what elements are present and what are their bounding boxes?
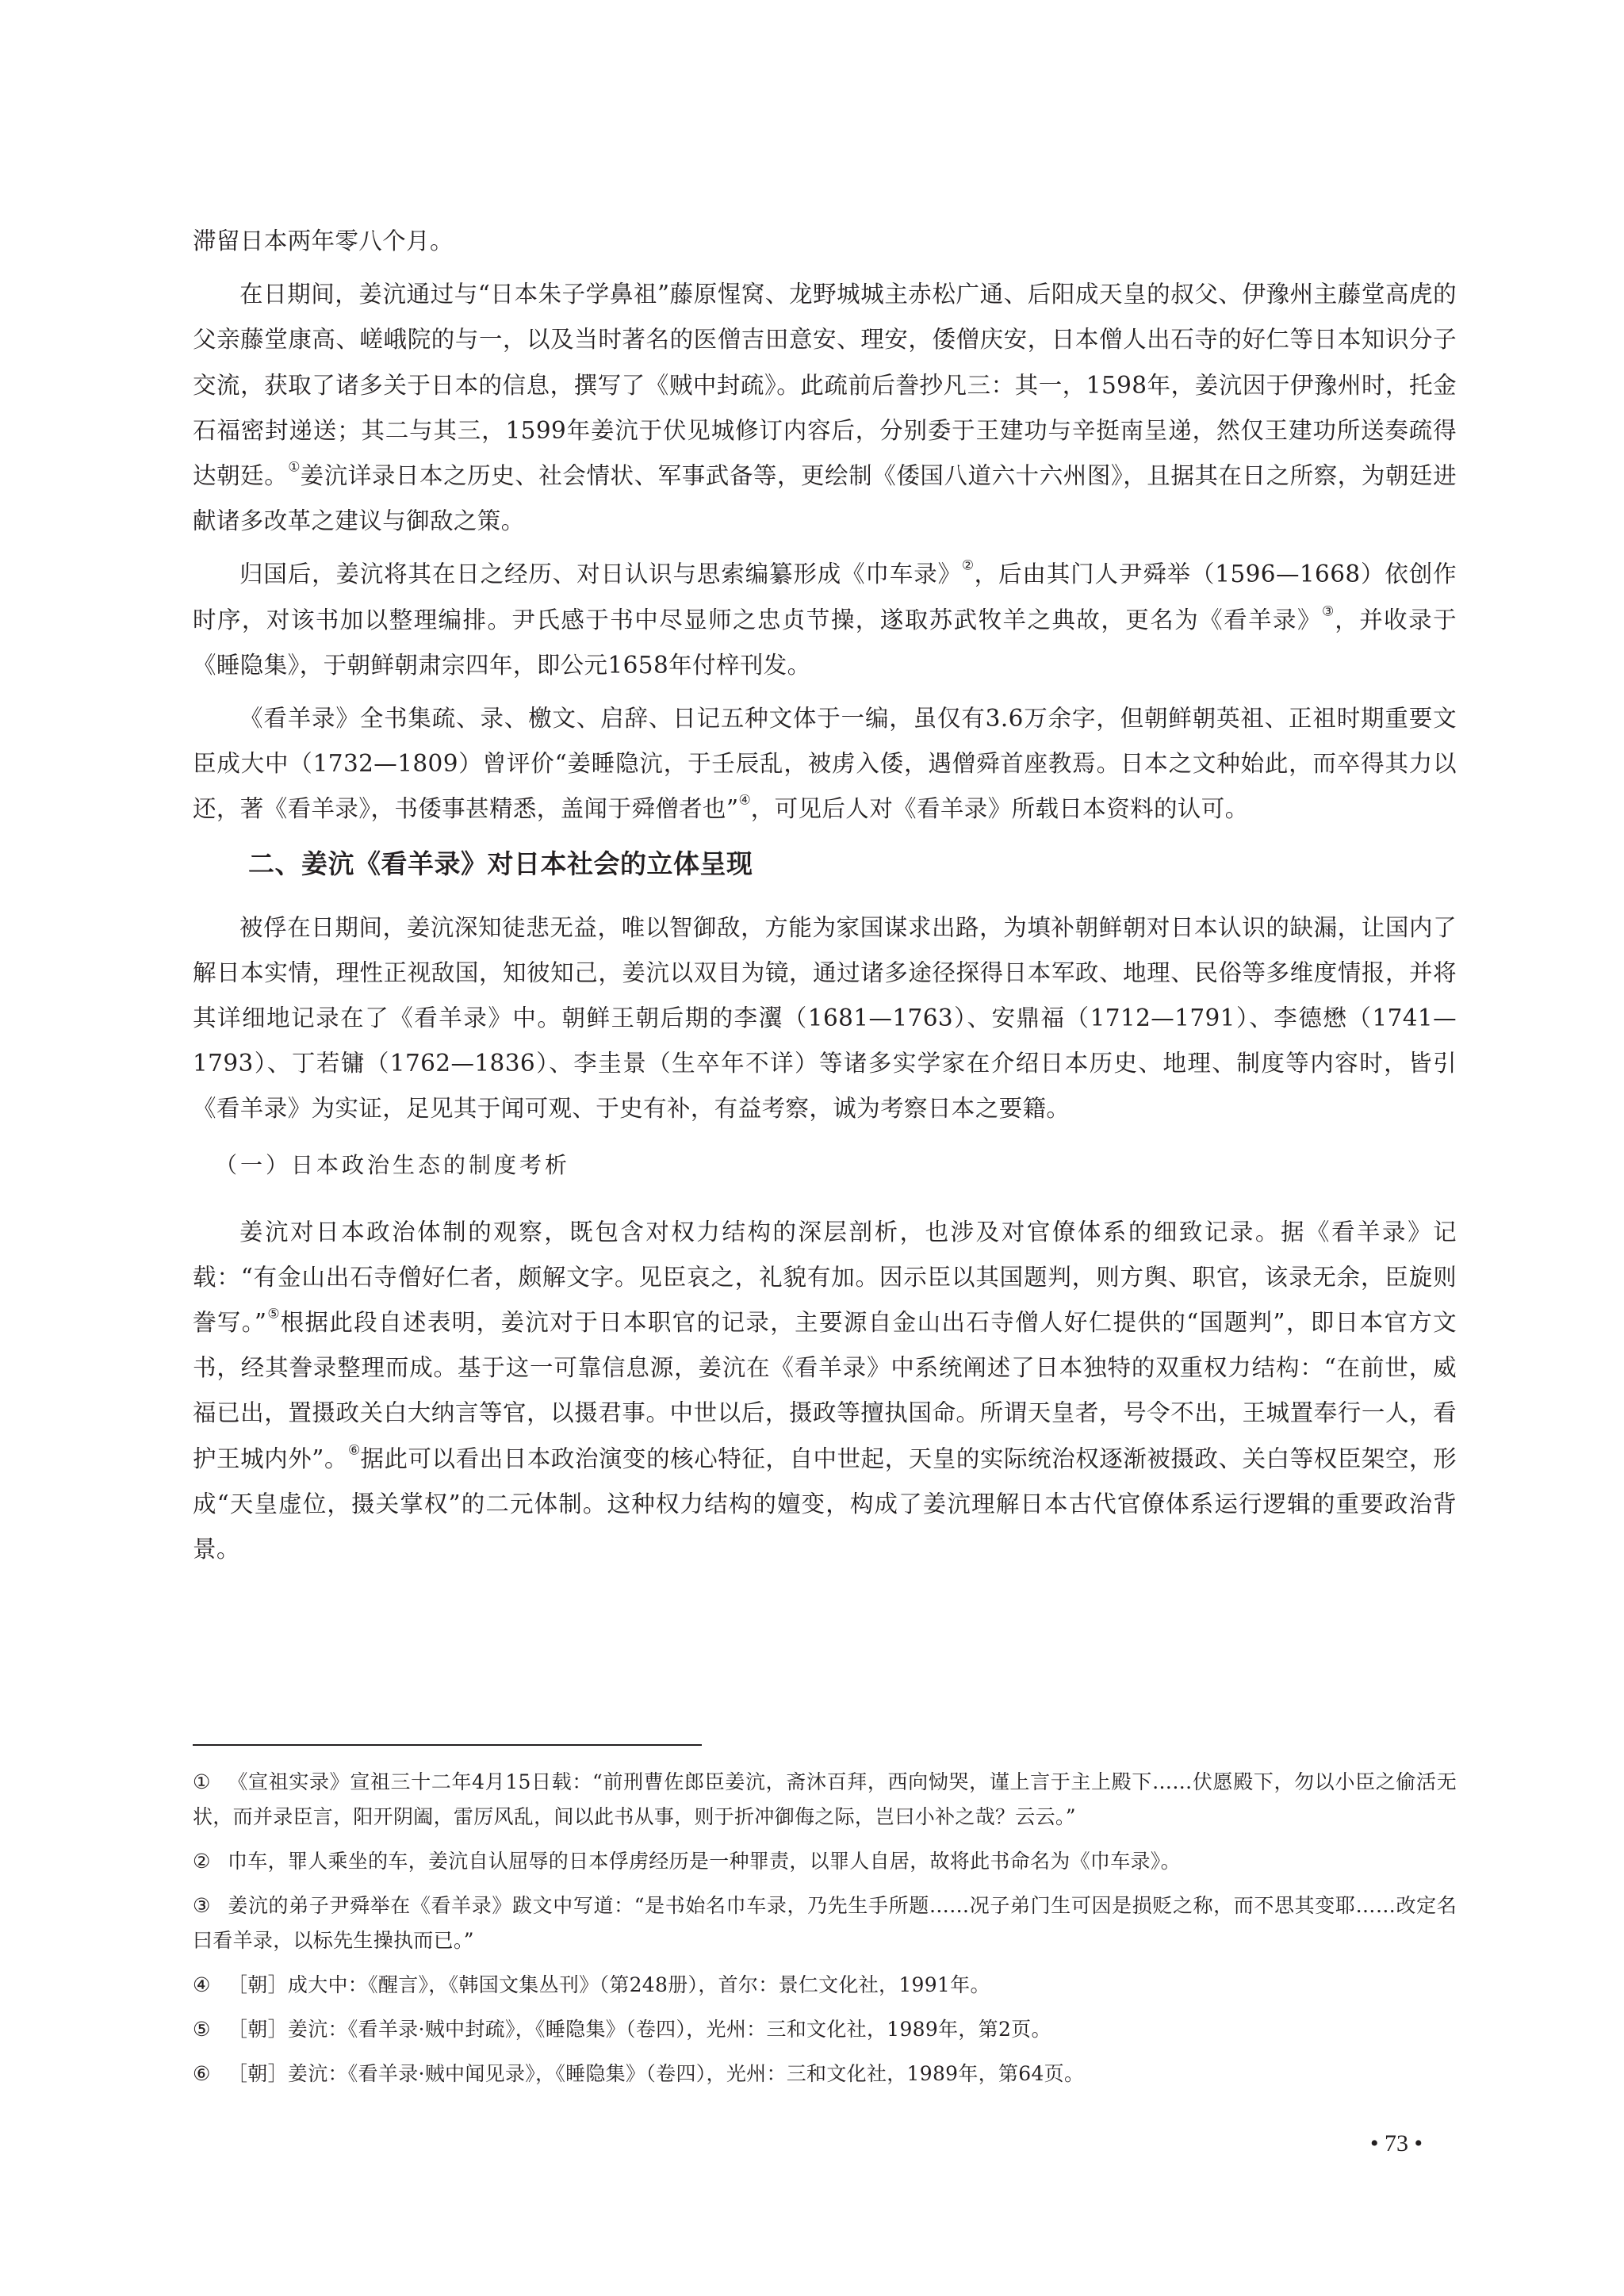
footnote-text: 姜沆的弟子尹舜举在《看羊录》跋文中写道：“是书始名巾车录，乃先生手所题……况子弟… <box>193 1894 1457 1952</box>
footnote-mark: ② <box>193 1844 228 1879</box>
footnote-reference[interactable]: ② <box>962 558 975 574</box>
body-paragraph: 《看羊录》全书集疏、录、檄文、启辞、日记五种文体于一编，虽仅有3.6万余字，但朝… <box>193 696 1457 832</box>
footnote-reference[interactable]: ① <box>288 460 300 476</box>
footnote-text: ［朝］姜沆：《看羊录·贼中封疏》，《睡隐集》（卷四），光州：三和文化社，1989… <box>228 2018 1051 2041</box>
footnote-item: ⑥［朝］姜沆：《看羊录·贼中闻见录》，《睡隐集》（卷四），光州：三和文化社，19… <box>193 2057 1457 2091</box>
footnote-reference[interactable]: ③ <box>1322 603 1335 619</box>
paragraph-text: 滞留日本两年零八个月。 <box>193 228 454 254</box>
footnote-mark: ⑤ <box>193 2012 228 2047</box>
footnote-divider <box>193 1744 702 1746</box>
paragraph-text: 姜沆详录日本之历史、社会情状、军事武备等，更绘制《倭国八道六十六州图》，且据其在… <box>193 462 1457 534</box>
footnote-reference[interactable]: ⑤ <box>266 1307 280 1322</box>
footnote-mark: ① <box>193 1765 228 1800</box>
page-body: 滞留日本两年零八个月。在日期间，姜沆通过与“日本朱子学鼻祖”藤原惺窝、龙野城城主… <box>193 219 1457 1580</box>
footnote-item: ②巾车，罪人乘坐的车，姜沆自认屈辱的日本俘虏经历是一种罪责，以罪人自居，故将此书… <box>193 1844 1457 1879</box>
footnote-reference[interactable]: ⑥ <box>348 1442 360 1458</box>
paragraph-text: 被俘在日期间，姜沆深知徒悲无益，唯以智御敌，方能为家国谋求出路，为填补朝鲜朝对日… <box>193 914 1457 1123</box>
body-paragraph: 被俘在日期间，姜沆深知徒悲无益，唯以智御敌，方能为家国谋求出路，为填补朝鲜朝对日… <box>193 905 1457 1132</box>
footnote-mark: ④ <box>193 1968 228 2003</box>
footnote-item: ①《宣祖实录》宣祖三十二年4月15日载：“前刑曹佐郎臣姜沆，斋沐百拜，西向恸哭，… <box>193 1765 1457 1835</box>
footnote-item: ④［朝］成大中：《醒言》，《韩国文集丛刊》（第248册），首尔：景仁文化社，19… <box>193 1968 1457 2003</box>
footnote-reference[interactable]: ④ <box>738 793 750 809</box>
paragraph-text: 在日期间，姜沆通过与“日本朱子学鼻祖”藤原惺窝、龙野城城主赤松广通、后阳成天皇的… <box>193 281 1457 489</box>
footnote-mark: ⑥ <box>193 2057 228 2091</box>
footnote-text: ［朝］姜沆：《看羊录·贼中闻见录》，《睡隐集》（卷四），光州：三和文化社，198… <box>228 2062 1084 2085</box>
page-number: • 73 • <box>1370 2130 1423 2158</box>
footnote-text: 《宣祖实录》宣祖三十二年4月15日载：“前刑曹佐郎臣姜沆，斋沐百拜，西向恸哭，谨… <box>193 1770 1457 1828</box>
footnotes: ①《宣祖实录》宣祖三十二年4月15日载：“前刑曹佐郎臣姜沆，斋沐百拜，西向恸哭，… <box>193 1765 1457 2101</box>
body-paragraph: 在日期间，姜沆通过与“日本朱子学鼻祖”藤原惺窝、龙野城城主赤松广通、后阳成天皇的… <box>193 272 1457 544</box>
paragraph-text: 据此可以看出日本政治演变的核心特征，自中世起，天皇的实际统治权逐渐被摄政、关白等… <box>193 1445 1457 1563</box>
footnote-mark: ③ <box>193 1888 228 1923</box>
footnote-text: ［朝］成大中：《醒言》，《韩国文集丛刊》（第248册），首尔：景仁文化社，199… <box>228 1973 990 1996</box>
body-paragraphs-section: 被俘在日期间，姜沆深知徒悲无益，唯以智御敌，方能为家国谋求出路，为填补朝鲜朝对日… <box>193 905 1457 1132</box>
section-heading: 二、姜沆《看羊录》对日本社会的立体呈现 <box>248 848 1457 880</box>
body-paragraph: 姜沆对日本政治体制的观察，既包含对权力结构的深层剖析，也涉及对官僚体系的细致记录… <box>193 1210 1457 1573</box>
body-paragraph: 归国后，姜沆将其在日之经历、对日认识与思索编纂形成《巾车录》②，后由其门人尹舜举… <box>193 552 1457 688</box>
paragraph-text: 归国后，姜沆将其在日之经历、对日认识与思索编纂形成《巾车录》 <box>239 561 962 587</box>
footnote-item: ③姜沆的弟子尹舜举在《看羊录》跋文中写道：“是书始名巾车录，乃先生手所题……况子… <box>193 1888 1457 1958</box>
body-paragraph: 滞留日本两年零八个月。 <box>193 219 1457 264</box>
footnote-item: ⑤［朝］姜沆：《看羊录·贼中封疏》，《睡隐集》（卷四），光州：三和文化社，198… <box>193 2012 1457 2047</box>
body-paragraphs-top: 滞留日本两年零八个月。在日期间，姜沆通过与“日本朱子学鼻祖”藤原惺窝、龙野城城主… <box>193 219 1457 832</box>
body-paragraphs-subsection: 姜沆对日本政治体制的观察，既包含对权力结构的深层剖析，也涉及对官僚体系的细致记录… <box>193 1210 1457 1573</box>
footnote-text: 巾车，罪人乘坐的车，姜沆自认屈辱的日本俘虏经历是一种罪责，以罪人自居，故将此书命… <box>228 1850 1181 1873</box>
subsection-heading: （一）日本政治生态的制度考析 <box>215 1150 1457 1181</box>
paragraph-text: ，可见后人对《看羊录》所载日本资料的认可。 <box>751 795 1249 822</box>
